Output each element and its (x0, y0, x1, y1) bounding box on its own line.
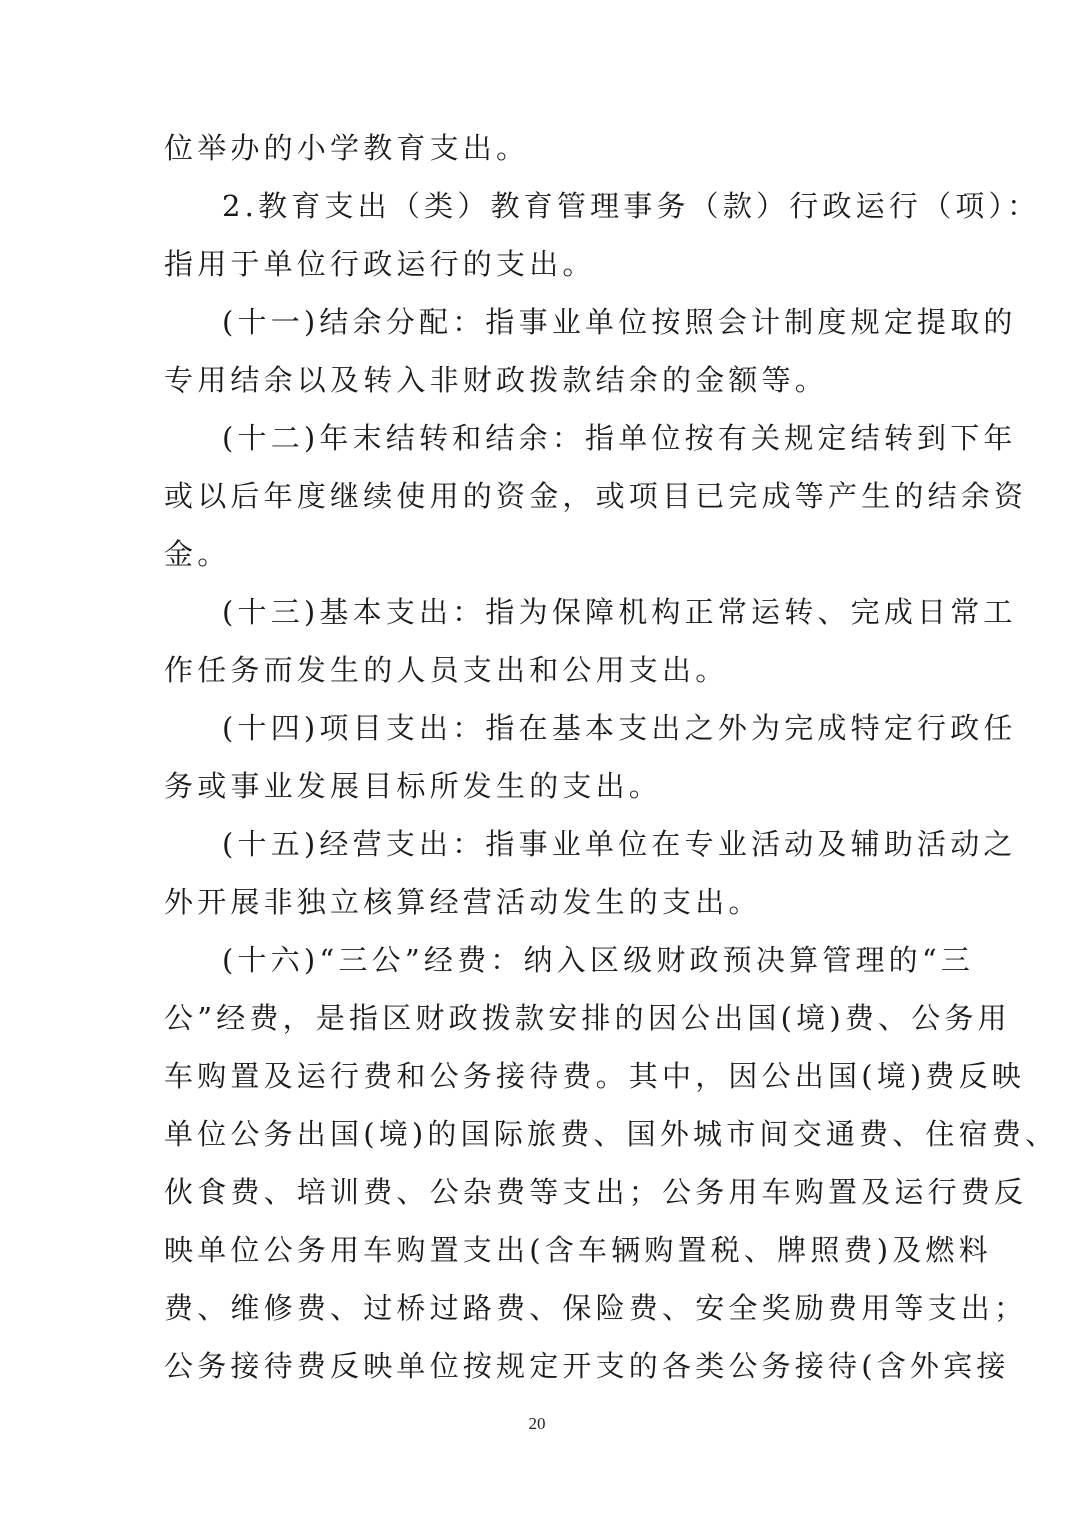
text-line: 外开展非独立核算经营活动发生的支出。 (164, 882, 914, 922)
text-line: 位举办的小学教育支出。 (164, 128, 914, 168)
document-page: 位举办的小学教育支出。 2.教育支出（类）教育管理事务（款）行政运行（项）： 指… (0, 0, 1074, 1520)
text-line: (十三)基本支出：指为保障机构正常运转、完成日常工 (222, 592, 914, 632)
text-line: (十四)项目支出：指在基本支出之外为完成特定行政任 (222, 708, 914, 748)
text-line: 公务接待费反映单位按规定开支的各类公务接待(含外宾接 (164, 1346, 914, 1386)
text-line: (十一)结余分配：指事业单位按照会计制度规定提取的 (222, 302, 914, 342)
text-line: 公”经费，是指区财政拨款安排的因公出国(境)费、公务用 (164, 998, 914, 1038)
text-line: 作任务而发生的人员支出和公用支出。 (164, 650, 914, 690)
text-line: 车购置及运行费和公务接待费。其中，因公出国(境)费反映 (164, 1056, 914, 1096)
text-line: (十五)经营支出：指事业单位在专业活动及辅助活动之 (222, 824, 914, 864)
page-number: 20 (0, 1414, 1074, 1434)
text-line: 或以后年度继续使用的资金，或项目已完成等产生的结余资 (164, 476, 914, 516)
text-line: (十二)年末结转和结余：指单位按有关规定结转到下年 (222, 418, 914, 458)
text-line: 金。 (164, 534, 914, 574)
text-line: 2.教育支出（类）教育管理事务（款）行政运行（项）： (222, 186, 914, 226)
text-line: 费、维修费、过桥过路费、保险费、安全奖励费用等支出； (164, 1288, 914, 1328)
text-line: 单位公务出国(境)的国际旅费、国外城市间交通费、住宿费、 (164, 1114, 914, 1154)
text-line: 指用于单位行政运行的支出。 (164, 244, 914, 284)
text-line: 务或事业发展目标所发生的支出。 (164, 766, 914, 806)
text-line: 专用结余以及转入非财政拨款结余的金额等。 (164, 360, 914, 400)
text-line: 映单位公务用车购置支出(含车辆购置税、牌照费)及燃料 (164, 1230, 914, 1270)
text-line: (十六)“三公”经费：纳入区级财政预决算管理的“三 (222, 940, 914, 980)
text-line: 伙食费、培训费、公杂费等支出；公务用车购置及运行费反 (164, 1172, 914, 1212)
